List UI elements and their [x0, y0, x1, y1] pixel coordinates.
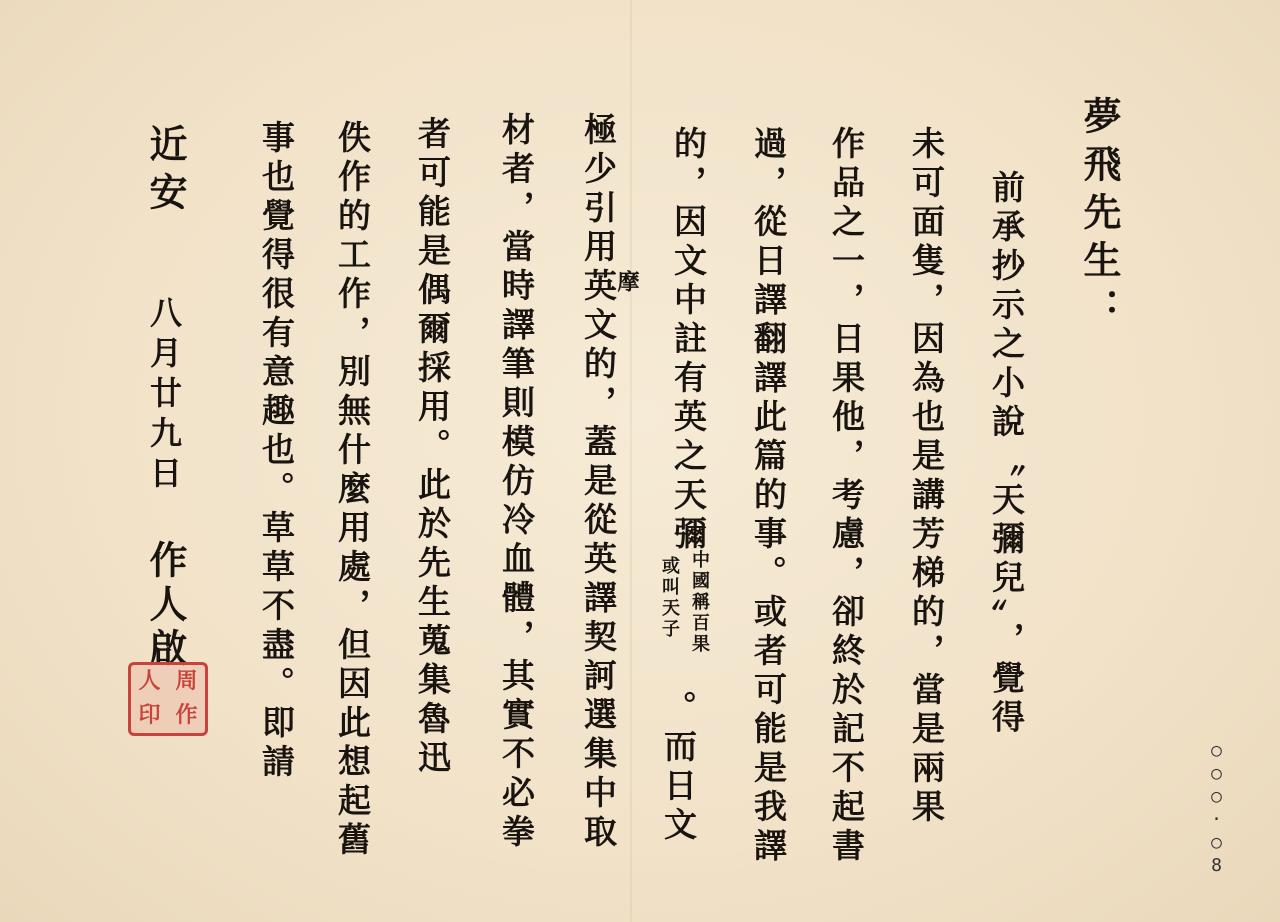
seal-char: 印: [131, 699, 168, 733]
body-column-7: 材者，當時譯筆則模仿冷血體，其實不必拳: [500, 112, 533, 853]
body-column-2: 未可面隻，因為也是講芳梯的，當是兩果: [910, 126, 943, 828]
interlinear-note-main: 中國稱百果: [690, 550, 708, 655]
body-column-4: 過，從日譯翻譯此篇的事。或者可能是我譯: [752, 126, 785, 867]
body-column-10: 事也覺得很有意趣也。草草不盡。即請: [260, 120, 293, 783]
closing: 近安: [146, 124, 184, 220]
date: 八月廿九日: [148, 296, 180, 496]
interlinear-note-side: 或叫天子: [660, 556, 678, 640]
seal-char: 人: [131, 665, 168, 699]
body-column-9: 佚作的工作，別無什麼用處，但因此想起舊: [336, 120, 369, 861]
interlinear-correction: 摩: [616, 270, 638, 295]
letter-sheet: 夢飛先生： 前承抄示之小說〝天彌兒〞，覺得 未可面隻，因為也是講芳梯的，當是兩果…: [0, 0, 1280, 922]
body-column-5: 的，因文中註有英之天彌: [672, 126, 705, 555]
seal-char: 周: [168, 665, 205, 699]
body-column-3: 作品之一，日果他，考慮，卻終於記不起書: [830, 126, 863, 867]
paper-fold-line: [630, 0, 632, 922]
signature: 作人啟: [146, 540, 184, 672]
red-seal-stamp: 人 周 印 作: [128, 662, 208, 736]
seal-char: 作: [168, 699, 205, 733]
archive-number-mark: ○○○·○8: [1206, 740, 1227, 878]
body-column-6: 極少引用英文的，蓋是從英譯契訶選集中取: [582, 112, 615, 853]
body-column-5-tail: 。而日文: [662, 690, 695, 846]
salutation: 夢飛先生：: [1080, 96, 1118, 336]
body-column-8: 者可能是偶爾採用。此於先生蒐集魯迅: [416, 116, 449, 779]
body-column-1: 前承抄示之小說〝天彌兒〞，覺得: [990, 170, 1023, 739]
